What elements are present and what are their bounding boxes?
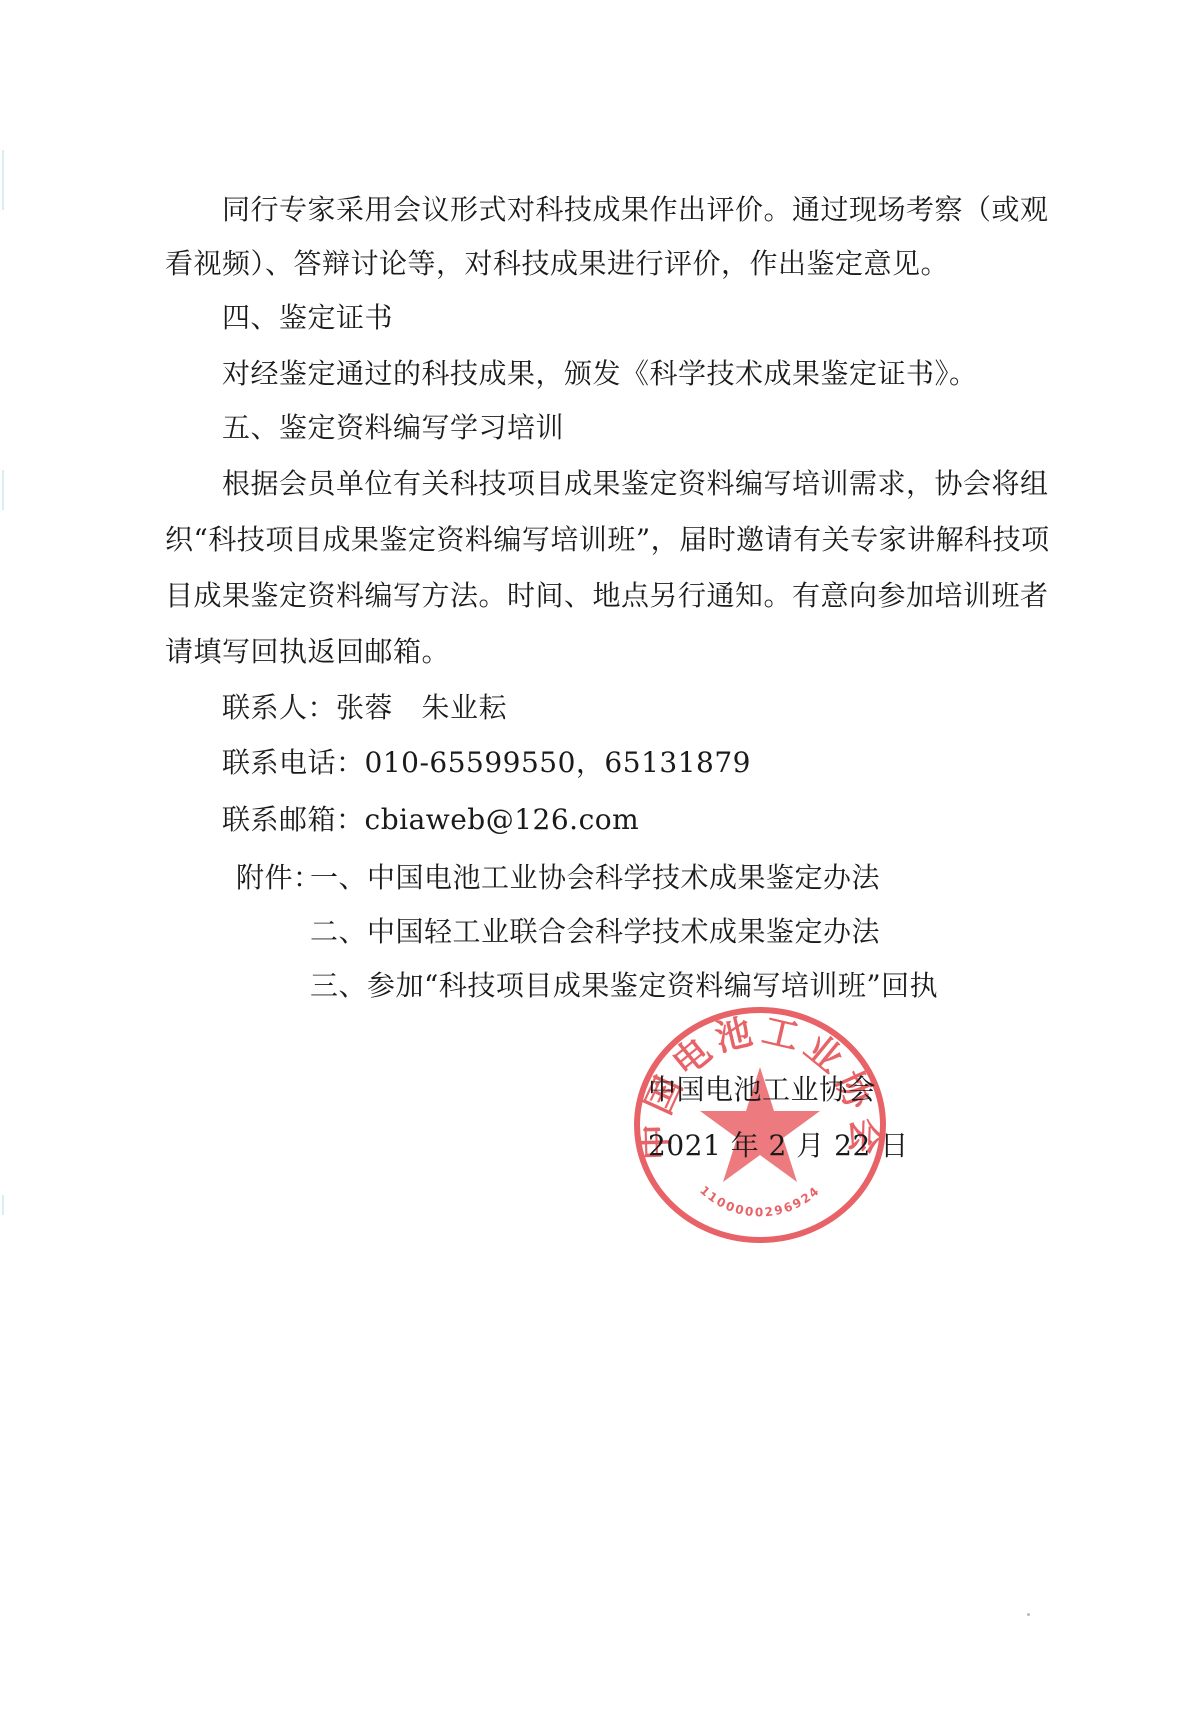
contact-email-label: 联系邮箱： bbox=[222, 803, 365, 836]
contact-email: 联系邮箱：cbiaweb@126.com bbox=[222, 802, 639, 838]
document-page: 中国电池工业协会 1100000296924 同行专家采用会议形式对科技成果作出… bbox=[0, 0, 1200, 1718]
contact-email-address[interactable]: cbiaweb@126.com bbox=[365, 803, 640, 836]
paragraph-line: 同行专家采用会议形式对科技成果作出评价。通过现场考察（或观 bbox=[222, 192, 1049, 228]
contact-phone: 联系电话：010-65599550，65131879 bbox=[222, 745, 751, 781]
signature-date: 2021 年 2 月 22 日 bbox=[648, 1128, 909, 1164]
paragraph-line: 根据会员单位有关科技项目成果鉴定资料编写培训需求，协会将组 bbox=[222, 466, 1049, 502]
paragraph-line: 看视频）、答辩讨论等，对科技成果进行评价，作出鉴定意见。 bbox=[165, 246, 949, 282]
paragraph-line: 对经鉴定通过的科技成果，颁发《科学技术成果鉴定证书》。 bbox=[222, 356, 978, 392]
paragraph-line: 织“科技项目成果鉴定资料编写培训班”，届时邀请有关专家讲解科技项 bbox=[165, 522, 1050, 558]
contact-person: 联系人：张蓉 朱业耘 bbox=[222, 690, 507, 726]
attachment-item: 一、中国电池工业协会科学技术成果鉴定办法 bbox=[310, 860, 880, 896]
section-heading: 四、鉴定证书 bbox=[222, 300, 393, 336]
section-heading: 五、鉴定资料编写学习培训 bbox=[222, 410, 564, 446]
contact-phone-number: 010-65599550，65131879 bbox=[365, 746, 751, 779]
contact-person-names: 张蓉 朱业耘 bbox=[336, 691, 507, 724]
contact-phone-label: 联系电话： bbox=[222, 746, 365, 779]
signature-organization: 中国电池工业协会 bbox=[648, 1072, 876, 1108]
paragraph-line: 请填写回执返回邮箱。 bbox=[165, 634, 450, 670]
attachments-label: 附件： bbox=[236, 860, 322, 896]
attachment-item: 三、参加“科技项目成果鉴定资料编写培训班”回执 bbox=[310, 968, 938, 1004]
contact-person-label: 联系人： bbox=[222, 691, 336, 724]
paragraph-line: 目成果鉴定资料编写方法。时间、地点另行通知。有意向参加培训班者 bbox=[165, 578, 1049, 614]
attachment-item: 二、中国轻工业联合会科学技术成果鉴定办法 bbox=[310, 914, 880, 950]
document-body: 同行专家采用会议形式对科技成果作出评价。通过现场考察（或观 看视频）、答辩讨论等… bbox=[0, 0, 1200, 1718]
